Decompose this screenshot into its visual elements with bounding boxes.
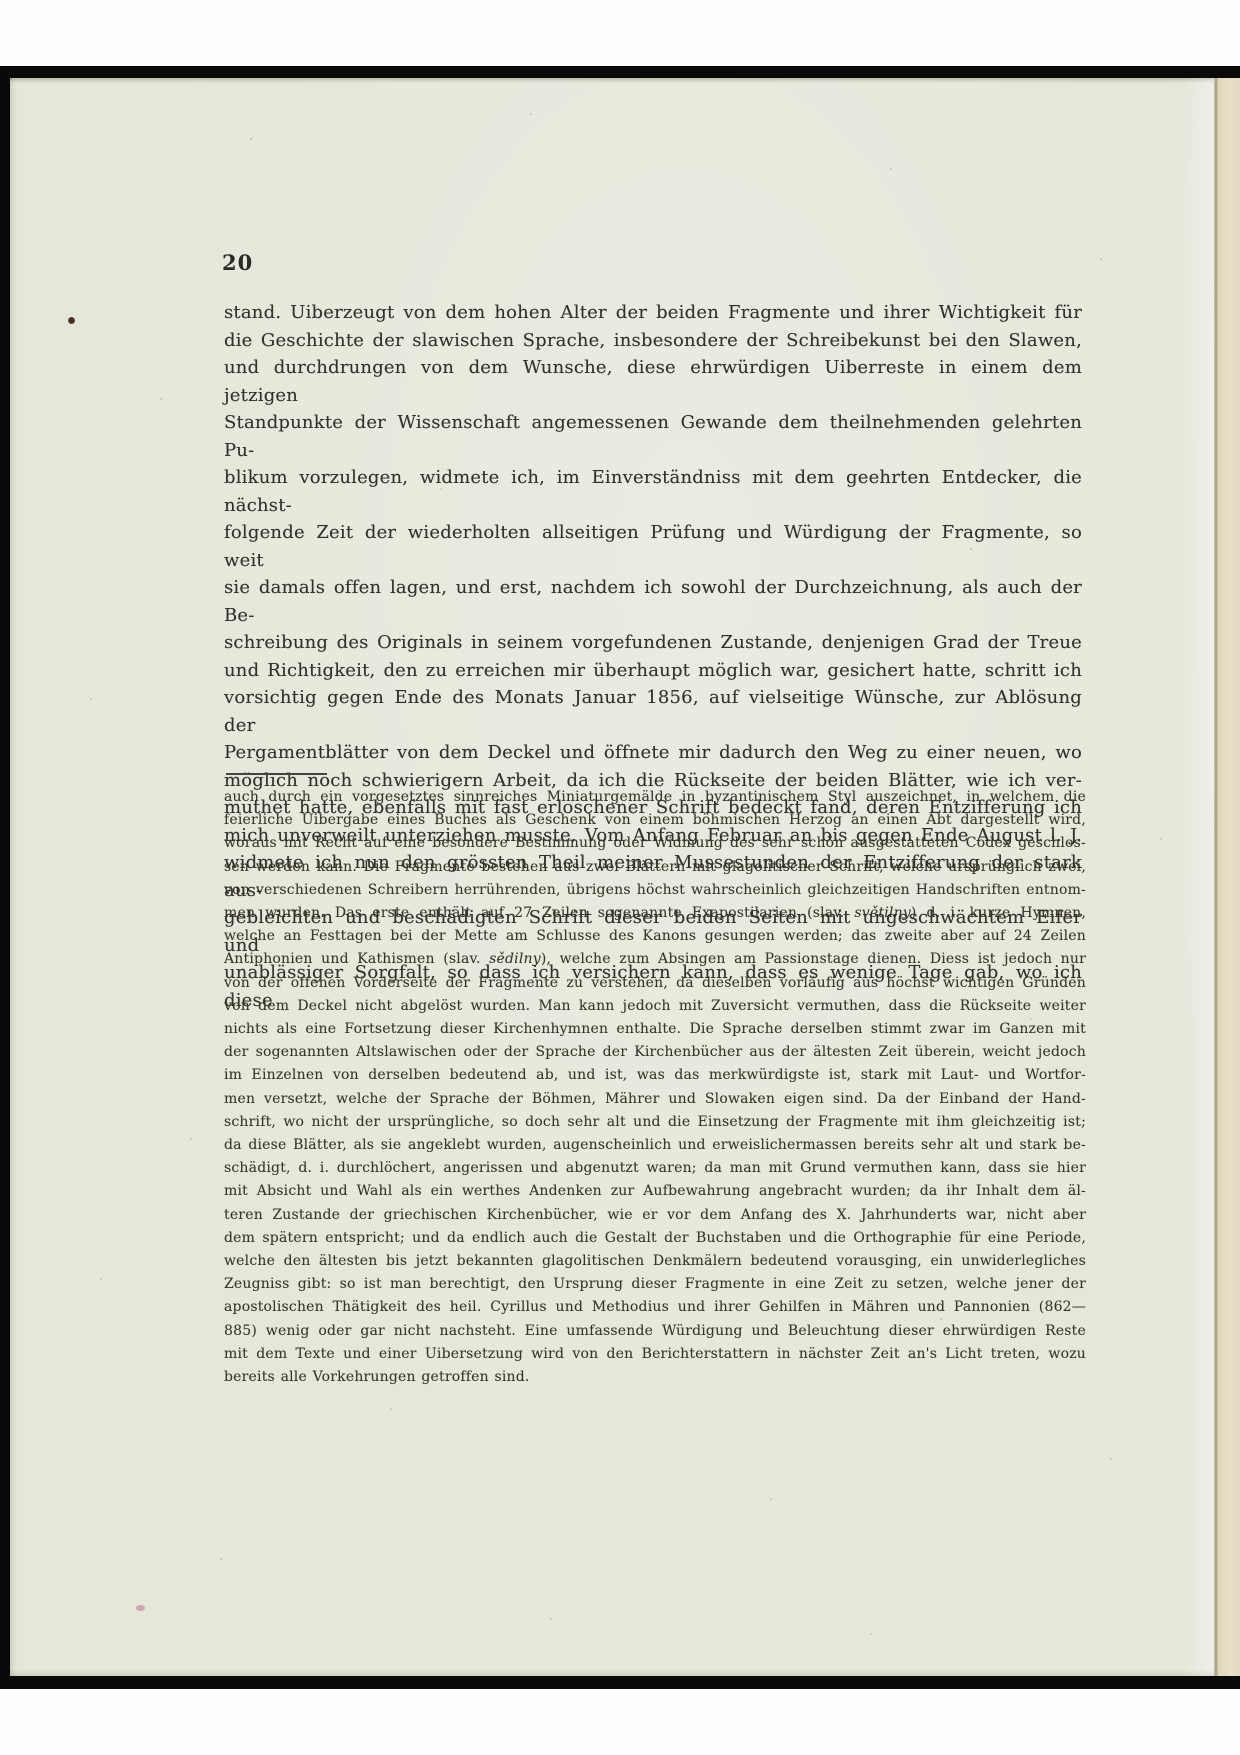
ink-speck — [68, 317, 75, 324]
text-line: welche an Festtagen bei der Mette am Sch… — [224, 925, 1086, 948]
text-line: mit Absicht und Wahl als ein werthes And… — [224, 1180, 1086, 1203]
text-line: men versetzt, welche der Sprache der Böh… — [224, 1088, 1086, 1111]
text-line: schreibung des Originals in seinem vorge… — [224, 629, 1082, 657]
underlying-page-edge — [1218, 78, 1240, 1676]
text-line: nichts als eine Fortsetzung dieser Kirch… — [224, 1018, 1086, 1041]
text-line: da diese Blätter, als sie angeklebt wurd… — [224, 1134, 1086, 1157]
text-line: Pergamentblätter von dem Deckel und öffn… — [224, 739, 1082, 767]
text-line: im Einzelnen von derselben bedeutend ab,… — [224, 1064, 1086, 1087]
text-line: schädigt, d. i. durchlöchert, angerissen… — [224, 1157, 1086, 1180]
text-line: und durchdrungen von dem Wunsche, diese … — [224, 354, 1082, 409]
text-line: 885) wenig oder gar nicht nachsteht. Ein… — [224, 1320, 1086, 1343]
pink-speck — [136, 1605, 145, 1611]
text-line: vorsichtig gegen Ende des Monats Januar … — [224, 684, 1082, 739]
text-line: welche den ältesten bis jetzt bekannten … — [224, 1250, 1086, 1273]
text-line: der sogenannten Altslawischen oder der S… — [224, 1041, 1086, 1064]
text-line: bereits alle Vorkehrungen getroffen sind… — [224, 1366, 1086, 1389]
text-line: Standpunkte der Wissenschaft angemessene… — [224, 409, 1082, 464]
paper-flecks — [10, 78, 12, 80]
text-line: sie damals offen lagen, und erst, nachde… — [224, 574, 1082, 629]
text-line: folgende Zeit der wiederholten allseitig… — [224, 519, 1082, 574]
page-edge-highlight — [1180, 78, 1214, 1676]
text-line: teren Zustande der griechischen Kirchenb… — [224, 1204, 1086, 1227]
text-line: dem spätern entspricht; und da endlich a… — [224, 1227, 1086, 1250]
text-line: von dem Deckel nicht abgelöst wurden. Ma… — [224, 995, 1086, 1018]
text-line: und Richtigkeit, den zu erreichen mir üb… — [224, 657, 1082, 685]
page-number: 20 — [222, 250, 253, 275]
book-page-paper: 20 stand. Uiberzeugt von dem hohen Alter… — [10, 78, 1240, 1676]
footnote-separator — [226, 773, 327, 775]
text-line: feierliche Uibergabe eines Buches als Ge… — [224, 809, 1086, 832]
text-line: apostolischen Thätigkeit des heil. Cyril… — [224, 1296, 1086, 1319]
footnote-text: auch durch ein vorgesetztes sinnreiches … — [224, 786, 1086, 1389]
text-line: blikum vorzulegen, widmete ich, im Einve… — [224, 464, 1082, 519]
text-line: men wurden. Das erste enthält auf 27 Zei… — [224, 902, 1086, 925]
text-line: auch durch ein vorgesetztes sinnreiches … — [224, 786, 1086, 809]
text-line: sen werden kann. Die Fragmente bestehen … — [224, 856, 1086, 879]
text-line: von der offenen Vorderseite der Fragment… — [224, 972, 1086, 995]
text-line: woraus mit Recht auf eine besondere Best… — [224, 832, 1086, 855]
text-line: schrift, wo nicht der ursprüngliche, so … — [224, 1111, 1086, 1134]
scanned-book-page: 20 stand. Uiberzeugt von dem hohen Alter… — [0, 0, 1240, 1755]
text-line: von verschiedenen Schreibern herrührende… — [224, 879, 1086, 902]
text-line: Antiphonien und Kathismen (slav. sědilny… — [224, 948, 1086, 971]
text-line: mit dem Texte und einer Uibersetzung wir… — [224, 1343, 1086, 1366]
text-line: Zeugniss gibt: so ist man berechtigt, de… — [224, 1273, 1086, 1296]
text-line: stand. Uiberzeugt von dem hohen Alter de… — [224, 299, 1082, 327]
text-line: die Geschichte der slawischen Sprache, i… — [224, 327, 1082, 355]
